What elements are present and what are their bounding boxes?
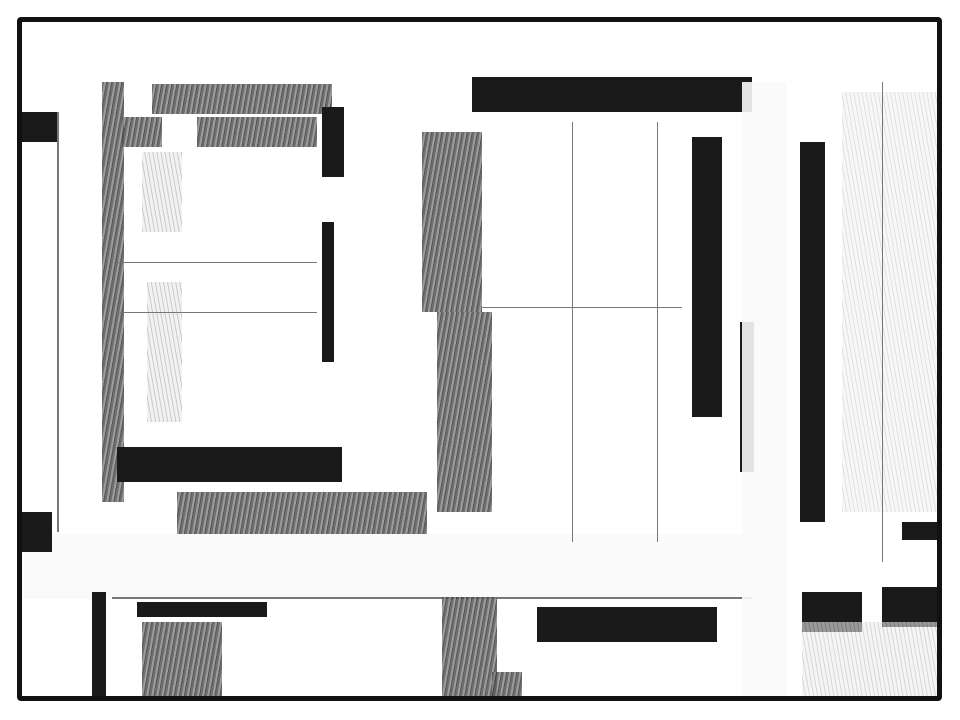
- photo-frame: [17, 17, 942, 701]
